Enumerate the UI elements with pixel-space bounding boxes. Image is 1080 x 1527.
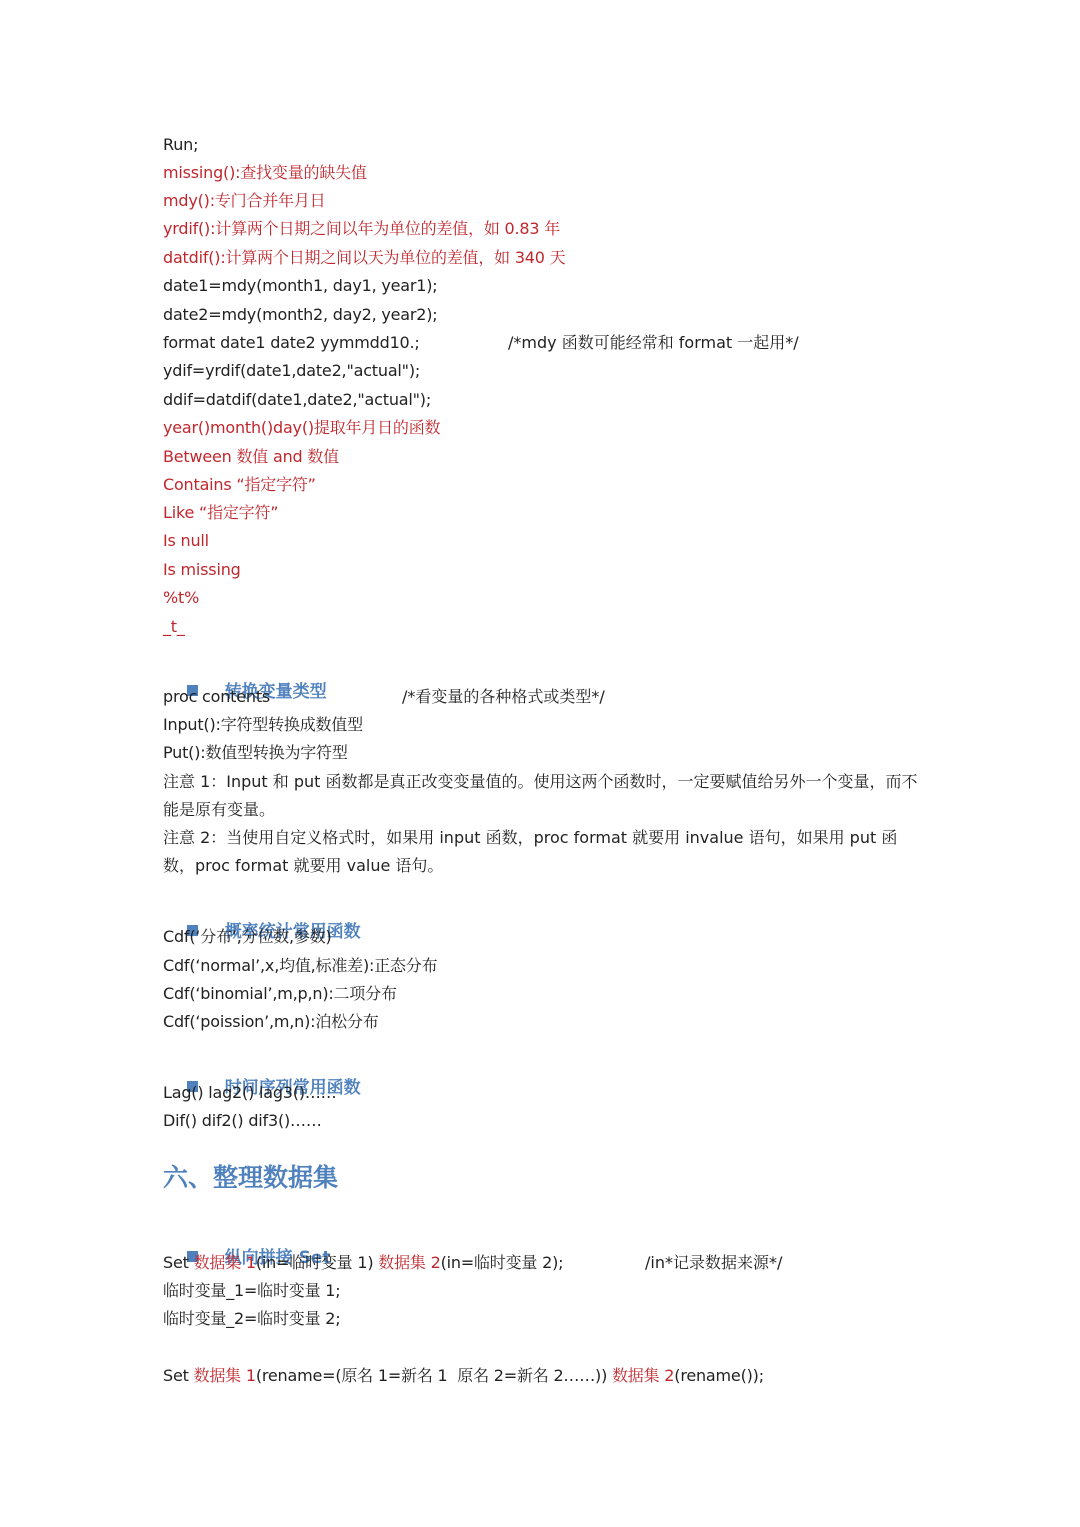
code-tmp1: 临时变量_1=临时变量 1;: [163, 1280, 340, 1302]
kw: Set: [163, 1366, 194, 1385]
code-run: Run;: [163, 134, 198, 156]
code-ydif: ydif=yrdif(date1,date2,"actual");: [163, 360, 420, 382]
func-input: Input():字符型转换成数值型: [163, 714, 363, 736]
code-ddif: ddif=datdif(date1,date2,"actual");: [163, 389, 431, 411]
code-proc-contents: proc contents: [163, 686, 270, 708]
op-like: Like “指定字符”: [163, 502, 278, 524]
document-page: Run; missing():查找变量的缺失值 mdy():专门合并年月日 yr…: [0, 0, 1080, 1527]
op-ismissing: Is missing: [163, 559, 241, 581]
args: (rename=(原名 1=新名 1 原名 2=新名 2……)): [256, 1366, 612, 1385]
func-put: Put():数值型转换为字符型: [163, 742, 348, 764]
dataset-1: 数据集 1: [194, 1366, 256, 1385]
dataset-1: 数据集 1: [194, 1253, 256, 1272]
code-proc-comment: /*看变量的各种格式或类型*/: [402, 686, 605, 708]
code-set-rename: Set 数据集 1(rename=(原名 1=新名 1 原名 2=新名 2……)…: [163, 1365, 764, 1387]
cdf-item: Cdf(‘binomial’,m,p,n):二项分布: [163, 983, 397, 1005]
ts-item: Lag() lag2() lag3()……: [163, 1082, 336, 1104]
kw: Set: [163, 1253, 194, 1272]
code-format: format date1 date2 yymmdd10.;: [163, 332, 420, 354]
chapter-title: 六、整理数据集: [163, 1162, 338, 1194]
code-set-in: Set 数据集 1(in=临时变量 1) 数据集 2(in=临时变量 2);: [163, 1252, 563, 1274]
wildcard-underscore: _t_: [163, 616, 185, 638]
op-isnull: Is null: [163, 530, 209, 552]
func-yrdif: yrdif():计算两个日期之间以年为单位的差值，如 0.83 年: [163, 218, 560, 240]
func-datdif: datdif():计算两个日期之间以天为单位的差值，如 340 天: [163, 247, 565, 269]
ts-item: Dif() dif2() dif3()……: [163, 1110, 322, 1132]
func-ymd: year()month()day()提取年月日的函数: [163, 417, 440, 439]
dataset-2: 数据集 2: [612, 1366, 674, 1385]
op-contains: Contains “指定字符”: [163, 474, 316, 496]
wildcard-pct: %t%: [163, 587, 199, 609]
args: (in=临时变量 2);: [441, 1253, 564, 1272]
note-2: 注意 2：当使用自定义格式时，如果用 input 函数，proc format …: [163, 824, 923, 880]
func-missing: missing():查找变量的缺失值: [163, 162, 367, 184]
dataset-2: 数据集 2: [378, 1253, 440, 1272]
code-date2: date2=mdy(month2, day2, year2);: [163, 304, 438, 326]
note-1: 注意 1：Input 和 put 函数都是真正改变变量值的。使用这两个函数时，一…: [163, 768, 923, 824]
args: (in=临时变量 1): [256, 1253, 378, 1272]
code-tmp2: 临时变量_2=临时变量 2;: [163, 1308, 340, 1330]
cdf-item: Cdf(‘分布’,分位数,参数): [163, 926, 332, 948]
code-set-comment: /in*记录数据来源*/: [645, 1252, 782, 1274]
code-date1: date1=mdy(month1, day1, year1);: [163, 275, 438, 297]
op-between: Between 数值 and 数值: [163, 446, 339, 468]
args: (rename());: [674, 1366, 764, 1385]
code-format-comment: /*mdy 函数可能经常和 format 一起用*/: [508, 332, 799, 354]
cdf-item: Cdf(‘poission’,m,n):泊松分布: [163, 1011, 379, 1033]
func-mdy: mdy():专门合并年月日: [163, 190, 326, 212]
cdf-item: Cdf(‘normal’,x,均值,标准差):正态分布: [163, 955, 437, 977]
